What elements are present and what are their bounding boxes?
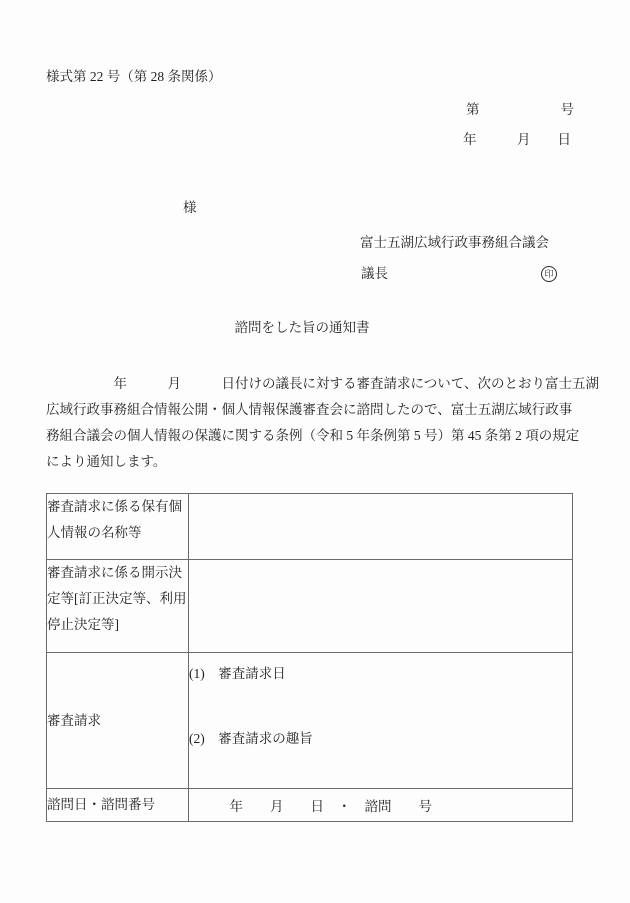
table-row: 審査請求に係る保有個 人情報の名称等	[47, 494, 573, 560]
organization-name: 富士五湖広域行政事務組合議会	[360, 234, 549, 251]
row-value-consultation-date-number: 年 月 日 ・ 諮問 号	[189, 789, 573, 822]
signature-row: 議長 印	[361, 265, 557, 283]
row-label-held-personal-info: 審査請求に係る保有個 人情報の名称等	[47, 494, 189, 560]
review-request-date-item: (1) 審査請求日	[189, 661, 572, 687]
body-paragraph: 年 月 日付けの議長に対する審査請求について、次のとおり富士五湖 広域行政事務組…	[46, 371, 586, 475]
org-title: 議長	[361, 265, 388, 283]
seal-icon: 印	[541, 266, 557, 282]
doc-number-line: 第 号	[466, 101, 574, 118]
review-request-purpose-item: (2) 審査請求の趣旨	[189, 726, 572, 752]
addressee-honorific: 様	[183, 199, 197, 216]
row-label-disclosure-decision: 審査請求に係る開示決 定等[訂正決定等、利用 停止決定等]	[47, 560, 189, 653]
row-value-held-personal-info	[189, 494, 573, 560]
row-label-consultation-date-number: 諮問日・諮問番号	[47, 789, 189, 822]
table-row: 諮問日・諮問番号 年 月 日 ・ 諮問 号	[47, 789, 573, 822]
document-page: 様式第 22 号（第 28 条関係） 第 号 年 月 日 様 富士五湖広域行政事…	[0, 0, 630, 903]
row-value-review-request: (1) 審査請求日 (2) 審査請求の趣旨	[189, 653, 573, 789]
row-value-disclosure-decision	[189, 560, 573, 653]
date-line: 年 月 日	[463, 131, 571, 148]
table-row: 審査請求に係る開示決 定等[訂正決定等、利用 停止決定等]	[47, 560, 573, 653]
row-label-review-request: 審査請求	[47, 653, 189, 789]
request-details-table: 審査請求に係る保有個 人情報の名称等 審査請求に係る開示決 定等[訂正決定等、利…	[46, 493, 573, 822]
document-title: 諮問をした旨の通知書	[0, 316, 604, 336]
form-number: 様式第 22 号（第 28 条関係）	[46, 68, 222, 85]
table-row: 審査請求 (1) 審査請求日 (2) 審査請求の趣旨	[47, 653, 573, 789]
